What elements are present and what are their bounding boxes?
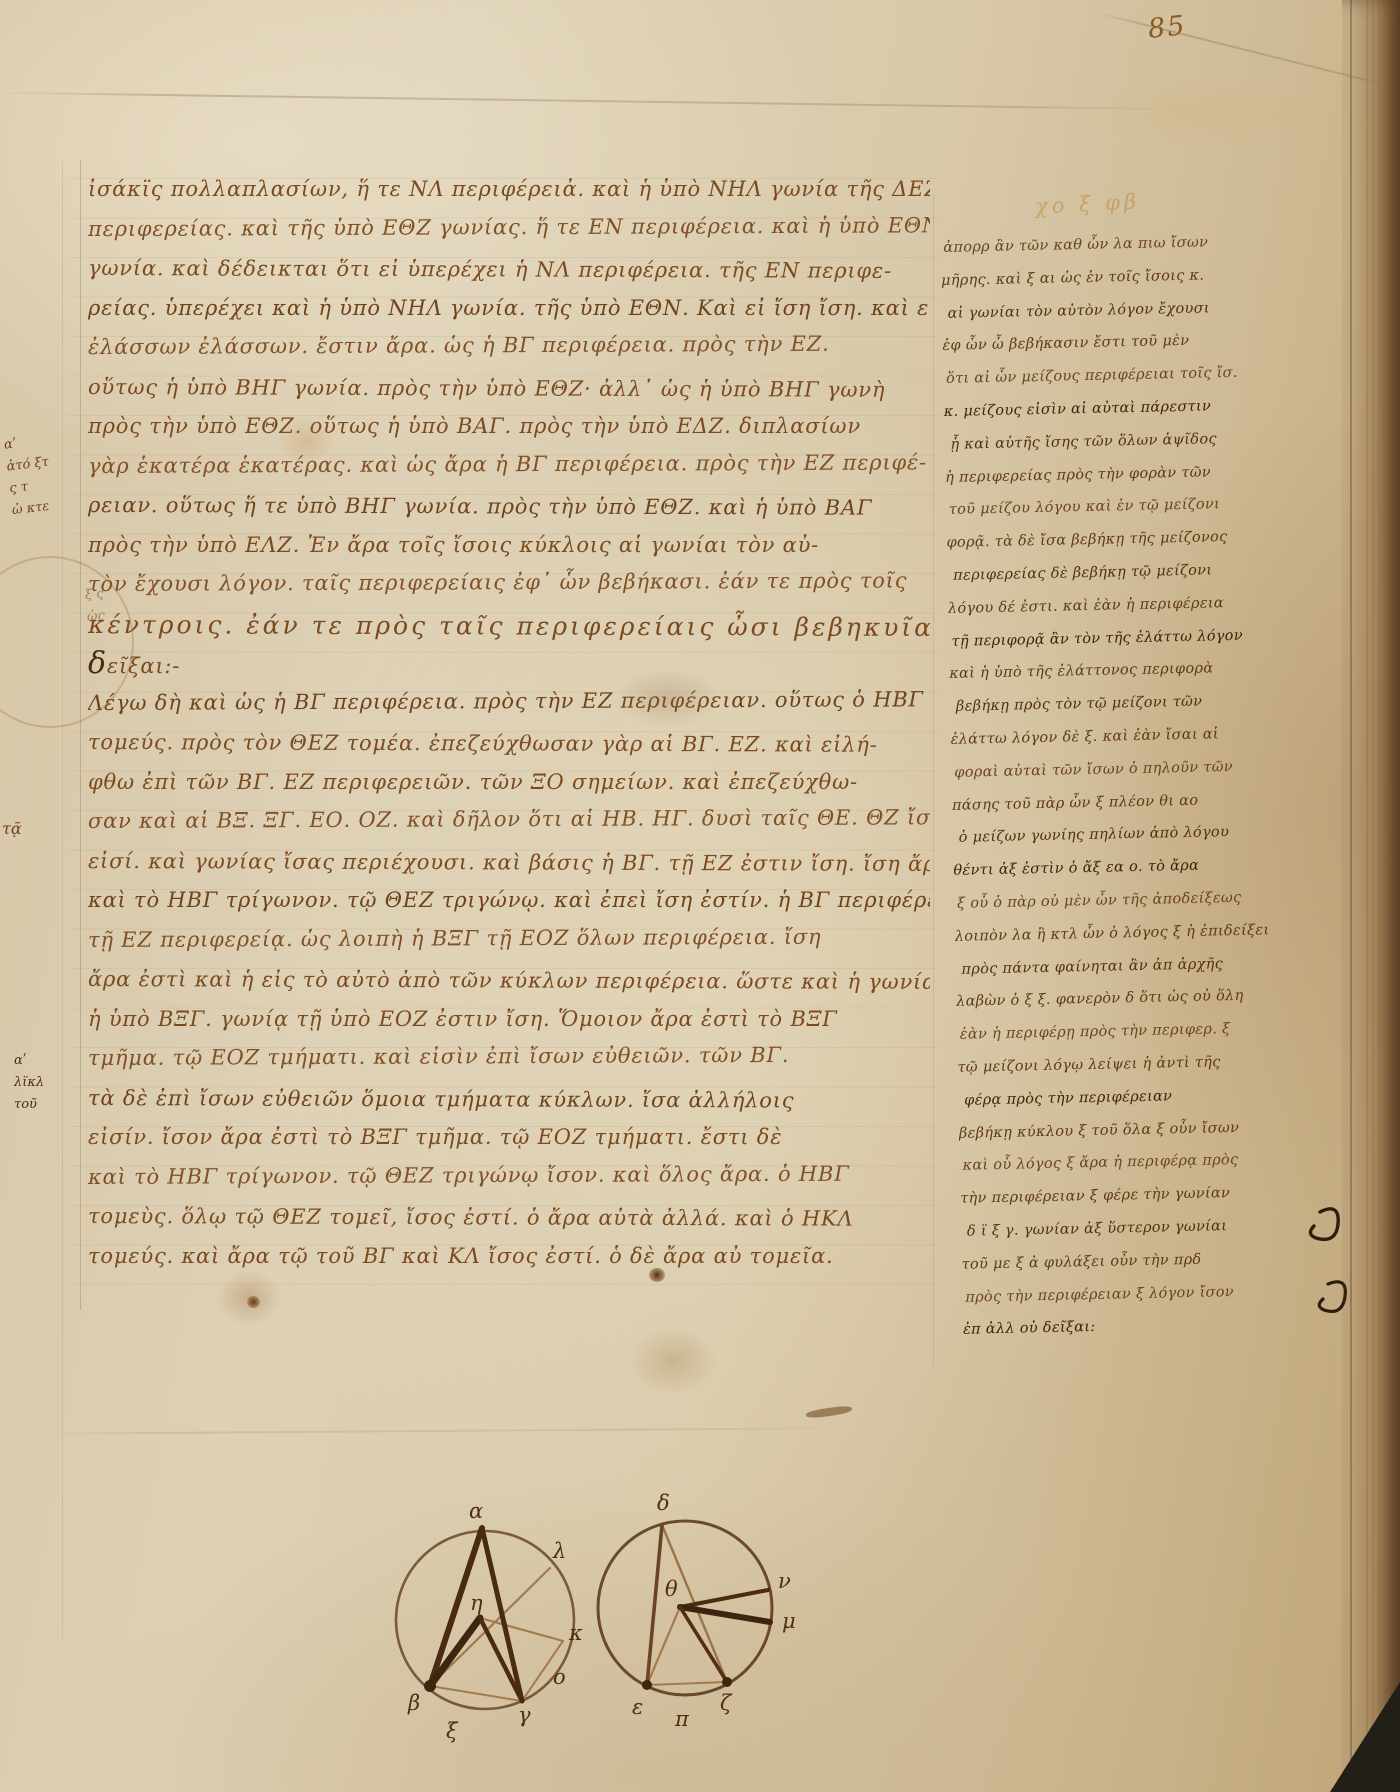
text-line: γὰρ ἑκατέρα ἑκατέρας. καὶ ὡς ἄρα ἡ ΒΓ πε… <box>88 443 930 486</box>
manuscript-page: 85 χο ξ φβ ἰσάκϊς πολλαπλασίων, ἥ τε ΝΛ … <box>0 0 1400 1792</box>
point-label: δ <box>657 1491 670 1515</box>
text-line: καὶ τὸ ΗΒΓ τρίγωνον. τῷ ΘΕΖ τριγώνῳ ἴσον… <box>88 1154 930 1197</box>
point-label: κ <box>568 1621 583 1645</box>
point-label: μ <box>782 1609 796 1633</box>
column-ruling-line <box>933 195 934 1365</box>
point-label: ζ <box>720 1691 733 1715</box>
margin-note-line: τᾷ <box>2 818 22 840</box>
text-line: εἰσίν. ἴσον ἄρα ἐστὶ τὸ ΒΞΓ τμῆμα. τῷ ΕΟ… <box>88 1118 930 1158</box>
page-edge-shadow <box>1342 0 1400 1792</box>
page-number: 85 <box>1146 10 1187 45</box>
text-line: εἰσί. καὶ γωνίας ἴσας περιέχουσι. καὶ βά… <box>88 842 930 884</box>
stain <box>628 1326 718 1396</box>
point-label: π <box>674 1707 690 1731</box>
text-line: πρὸς τὴν ὑπὸ ΕΘΖ. οὕτως ἡ ὑπὸ ΒΑΓ. πρὸς … <box>88 407 930 447</box>
margin-note-line: τοῦ <box>14 1094 44 1116</box>
point-label: ν <box>778 1569 791 1593</box>
margin-note-line: λϊκλ <box>14 1072 44 1094</box>
point-label: α <box>469 1499 483 1523</box>
text-line: τῇ ΕΖ περιφερείᾳ. ὡς λοιπὴ ἡ ΒΞΓ τῇ ΕΟΖ … <box>88 917 930 960</box>
left-ruling-line <box>62 160 63 1640</box>
text-line: πρὸς τὴν ὑπὸ ΕΛΖ. Ἐν ἄρα τοῖς ἴσοις κύκλ… <box>88 526 930 566</box>
text-line: γωνία. καὶ δέδεικται ὅτι εἰ ὑπερέχει ἡ Ν… <box>88 249 930 291</box>
text-line: καὶ τὸ ΗΒΓ τρίγωνον. τῷ ΘΕΖ τριγώνῳ. καὶ… <box>88 881 930 921</box>
text-line: τομεὺς. ὅλῳ τῷ ΘΕΖ τομεῖ, ἴσος ἐστί. ὁ ἄ… <box>88 1197 930 1239</box>
left-ruling-line <box>80 160 81 1310</box>
crease-line <box>40 1427 840 1435</box>
margin-note: τᾷ <box>2 818 22 840</box>
text-line: τὸν ἔχουσι λόγον. ταῖς περιφερείαις ἐφ᾽ … <box>88 561 930 604</box>
left-circle-diagram: α λ η κ ο β ξ γ <box>396 1499 583 1743</box>
text-line: σαν καὶ αἱ ΒΞ. ΞΓ. ΕΟ. ΟΖ. καὶ δῆλον ὅτι… <box>88 798 930 841</box>
ink-blot <box>806 1405 853 1419</box>
text-line: δεῖξαι:- <box>88 644 930 684</box>
faded-ink-note: χο ξ φβ <box>1034 189 1140 218</box>
text-line: ρείας. ὑπερέχει καὶ ἡ ὑπὸ ΝΗΛ γωνία. τῆς… <box>88 289 930 329</box>
point-label: β <box>407 1691 420 1715</box>
margin-note-line: ὡ κτε <box>11 495 56 522</box>
text-line: οὕτως ἡ ὑπὸ ΒΗΓ γωνία. πρὸς τὴν ὑπὸ ΕΘΖ·… <box>88 368 930 410</box>
text-line: τομεύς. πρὸς τὸν ΘΕΖ τομέα. ἐπεζεύχθωσαν… <box>88 723 930 765</box>
margin-note-line: αʹ <box>14 1050 44 1072</box>
stain <box>1090 78 1310 148</box>
point-label: θ <box>665 1577 678 1601</box>
ink-blot <box>649 1268 665 1282</box>
ink-blot <box>247 1296 260 1308</box>
point-label: ε <box>632 1695 643 1719</box>
crease-line <box>0 92 1190 111</box>
text-line: κέντροις. ἐάν τε πρὸς ταῖς περιφερείαις … <box>88 605 930 647</box>
text-line: ἄρα ἐστὶ καὶ ἡ εἰς τὸ αὐτὸ ἀπὸ τῶν κύκλω… <box>88 960 930 1002</box>
right-circle-diagram: δ θ ν μ ε π ζ <box>598 1491 796 1731</box>
text-line: ρειαν. οὕτως ἥ τε ὑπὸ ΒΗΓ γωνία. πρὸς τὴ… <box>88 486 930 528</box>
euclid-circle-diagrams: α λ η κ ο β ξ γ <box>320 1470 900 1792</box>
marginal-scholion: ἀπορρ ἂν τῶν καθ ὧν λα πιω ἴσωνμῆρης. κα… <box>940 224 1367 1352</box>
text-line: τμῆμα. τῷ ΕΟΖ τμήματι. καὶ εἰσὶν ἐπὶ ἴσω… <box>88 1035 930 1078</box>
point-label: γ <box>518 1703 531 1727</box>
point-label: ο <box>553 1665 566 1689</box>
text-line: Λέγω δὴ καὶ ὡς ἡ ΒΓ περιφέρεια. πρὸς τὴν… <box>88 680 930 723</box>
point-label: ξ <box>446 1719 459 1743</box>
text-line: τὰ δὲ ἐπὶ ἴσων εὐθειῶν ὅμοια τμήματα κύκ… <box>88 1079 930 1121</box>
main-text-block: ἰσάκϊς πολλαπλασίων, ἥ τε ΝΛ περιφέρειἀ.… <box>88 170 930 1288</box>
text-line: φθω ἐπὶ τῶν ΒΓ. ΕΖ περιφερειῶν. τῶν ΞΟ σ… <box>88 763 930 803</box>
text-line: τομεύς. καὶ ἄρα τῷ τοῦ ΒΓ καὶ ΚΛ ἴσος ἐσ… <box>88 1237 930 1277</box>
text-line: ἡ ὑπὸ ΒΞΓ. γωνίᾳ τῇ ὑπὸ ΕΟΖ ἐστιν ἴση. Ὅ… <box>88 1000 930 1040</box>
geometry-diagrams: α λ η κ ο β ξ γ <box>320 1470 900 1792</box>
point-label: λ <box>552 1539 566 1563</box>
margin-note: αʹλϊκλτοῦ <box>14 1050 44 1116</box>
text-line: περιφερείας. καὶ τῆς ὑπὸ ΕΘΖ γωνίας. ἥ τ… <box>88 206 930 249</box>
margin-note: αʹἀτό ξτς τὡ κτε <box>3 430 56 522</box>
text-line: ἰσάκϊς πολλαπλασίων, ἥ τε ΝΛ περιφέρειἀ.… <box>88 170 930 210</box>
point-label: η <box>470 1591 483 1615</box>
text-line: ἐλάσσων ἐλάσσων. ἔστιν ἄρα. ὡς ἡ ΒΓ περι… <box>88 324 930 367</box>
